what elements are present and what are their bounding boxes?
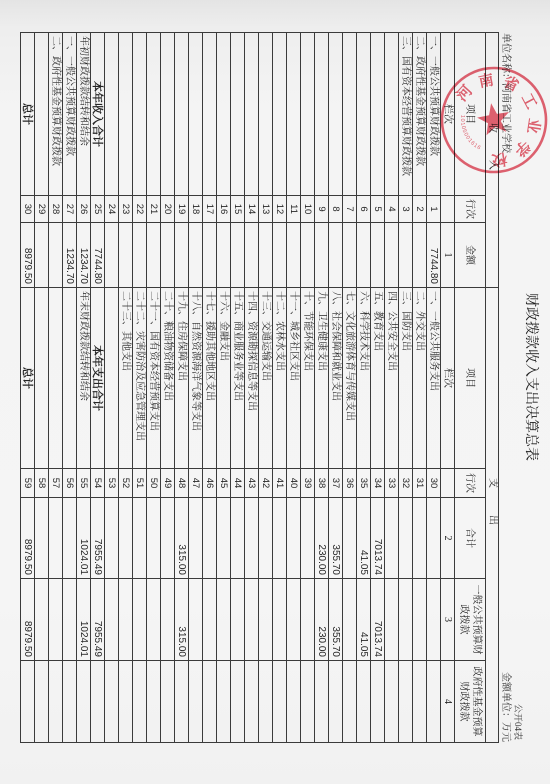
header-row-columns: 项目 行次 金额 项目 行次 合计 一般公共预算财政拨款 政府性基金预算财政拨款: [455, 33, 486, 743]
expense-item-cell: 二十、粮油物资储备支出: [161, 288, 175, 469]
expense-line-cell: 58: [35, 469, 49, 498]
expense-total-cell: [385, 498, 399, 579]
income-amount-cell: [245, 223, 259, 288]
income-line-cell: 29: [35, 196, 49, 223]
income-amount-cell: [105, 223, 119, 288]
expense-line-cell: 40: [287, 469, 301, 498]
expense-item-cell: 十四、资源勘探信息等支出: [245, 288, 259, 469]
expense-total-cell: [399, 498, 413, 579]
income-item-cell: [371, 33, 385, 196]
table-row: 16十六、金融支出45: [217, 33, 231, 743]
income-item-cell: [287, 33, 301, 196]
income-amount-cell: [371, 223, 385, 288]
column-index-label: 栏次: [441, 288, 455, 469]
expense-general-budget-cell: 8979.50: [21, 579, 35, 661]
expense-general-budget-cell: [49, 579, 63, 661]
expense-item-cell: 年末财政拨款结转和结余: [77, 288, 91, 469]
expense-line-cell: 37: [329, 469, 343, 498]
expense-line-cell: 49: [161, 469, 175, 498]
expense-total-cell: [49, 498, 63, 579]
income-line-cell: 15: [231, 196, 245, 223]
income-amount-cell: [161, 223, 175, 288]
table-row: 17十七、援助其他地区支出46: [203, 33, 217, 743]
column-index-general-budget: 3: [441, 579, 455, 661]
income-item-cell: [315, 33, 329, 196]
col-header-expense-line: 行次: [455, 469, 486, 498]
document-page: 财政拨款收入支出决算总表 公开04表 单位名称：河南省工业学校 金额单位：万元 …: [0, 0, 550, 784]
income-item-cell: [231, 33, 245, 196]
table-row: 一、一般公共预算财政拨款271234.7056: [63, 33, 77, 743]
expense-general-budget-cell: [189, 579, 203, 661]
expense-gov-fund-cell: [35, 661, 49, 743]
income-amount-cell: [315, 223, 329, 288]
expense-gov-fund-cell: [427, 661, 441, 743]
table-row: 13十三、交通运输支出42: [259, 33, 273, 743]
expense-line-cell: 48: [175, 469, 189, 498]
income-line-cell: 2: [413, 196, 427, 223]
income-amount-cell: [399, 223, 413, 288]
income-item-cell: [357, 33, 371, 196]
income-line-cell: 3: [399, 196, 413, 223]
col-header-general-budget: 一般公共预算财政拨款: [455, 579, 486, 661]
expense-section-header: 支出: [486, 288, 499, 743]
expense-gov-fund-cell: [399, 661, 413, 743]
income-amount-cell: [329, 223, 343, 288]
table-row: 12十二、农林水支出41: [273, 33, 287, 743]
income-line-cell: 1: [427, 196, 441, 223]
expense-general-budget-cell: 41.05: [357, 579, 371, 661]
income-amount-cell: [119, 223, 133, 288]
col-header-expense-total: 合计: [455, 498, 486, 579]
expense-total-cell: [273, 498, 287, 579]
income-line-cell: 20: [161, 196, 175, 223]
expense-general-budget-cell: [413, 579, 427, 661]
expense-line-cell: 31: [413, 469, 427, 498]
expense-item-cell: 二十二、灾害防治及应急管理支出: [133, 288, 147, 469]
expense-gov-fund-cell: [161, 661, 175, 743]
income-amount-cell: 7744.80: [427, 223, 441, 288]
expense-gov-fund-cell: [21, 661, 35, 743]
table-row: 19十九、住房保障支出48315.00315.00: [175, 33, 189, 743]
table-row: 9九、卫生健康支出38230.00230.00: [315, 33, 329, 743]
expense-line-cell: 59: [21, 469, 35, 498]
expense-line-cell: 33: [385, 469, 399, 498]
expense-gov-fund-cell: [315, 661, 329, 743]
expense-total-cell: [217, 498, 231, 579]
income-amount-cell: 7744.80: [91, 223, 105, 288]
income-line-cell: 18: [189, 196, 203, 223]
expense-total-cell: [343, 498, 357, 579]
income-line-cell: 6: [357, 196, 371, 223]
income-line-cell: 24: [105, 196, 119, 223]
income-amount-cell: [231, 223, 245, 288]
expense-general-budget-cell: [119, 579, 133, 661]
income-item-cell: [273, 33, 287, 196]
table-row: 22二十二、灾害防治及应急管理支出51: [133, 33, 147, 743]
column-index-blank: [441, 196, 455, 223]
expense-line-cell: 39: [301, 469, 315, 498]
expense-gov-fund-cell: [133, 661, 147, 743]
seal-char: 学: [510, 137, 533, 160]
expense-general-budget-cell: [133, 579, 147, 661]
table-row: 一、一般公共预算财政拨款17744.80一、一般公共服务支出30: [427, 33, 441, 743]
table-body: 一、一般公共预算财政拨款17744.80一、一般公共服务支出30二、政府性基金预…: [21, 33, 441, 743]
income-line-cell: 22: [133, 196, 147, 223]
expense-gov-fund-cell: [203, 661, 217, 743]
income-item-cell: [245, 33, 259, 196]
expense-total-cell: [161, 498, 175, 579]
expense-item-cell: 七、文化旅游体育与传媒支出: [343, 288, 357, 469]
table-row: 总计308979.50总计598979.508979.50: [21, 33, 35, 743]
expense-gov-fund-cell: [343, 661, 357, 743]
column-index-gov-fund: 4: [441, 661, 455, 743]
expense-total-cell: [105, 498, 119, 579]
table-row: 20二十、粮油物资储备支出49: [161, 33, 175, 743]
header-row-sections: 收入 支出: [486, 33, 499, 743]
expense-line-cell: 56: [63, 469, 77, 498]
expense-gov-fund-cell: [357, 661, 371, 743]
expense-gov-fund-cell: [119, 661, 133, 743]
income-item-cell: 三、国有资本经营预算财政拨款: [399, 33, 413, 196]
table-row: 7七、文化旅游体育与传媒支出36: [343, 33, 357, 743]
expense-item-cell: 五、教育支出: [371, 288, 385, 469]
income-item-cell: [301, 33, 315, 196]
expense-general-budget-cell: 7955.49: [91, 579, 105, 661]
table-row: 年初财政拨款结转和结余261234.70年末财政拨款结转和结余551024.01…: [77, 33, 91, 743]
income-item-cell: [329, 33, 343, 196]
expense-line-cell: 30: [427, 469, 441, 498]
col-header-gov-fund: 政府性基金预算财政拨款: [455, 661, 486, 743]
expense-item-cell: 二十一、国有资本经营预算支出: [147, 288, 161, 469]
expense-general-budget-cell: [273, 579, 287, 661]
table-row: 二、政府性基金预算财政拨款2二、外交支出31: [413, 33, 427, 743]
table-row: 18十八、自然资源海洋气象等支出47: [189, 33, 203, 743]
expense-total-cell: 355.70: [329, 498, 343, 579]
unit-name: 单位名称：河南省工业学校: [499, 33, 511, 153]
expense-item-cell: 三、国防支出: [399, 288, 413, 469]
expense-gov-fund-cell: [287, 661, 301, 743]
document-title: 财政拨款收入支出决算总表: [522, 277, 539, 477]
col-header-income-item: 项目: [455, 33, 486, 196]
income-amount-cell: [133, 223, 147, 288]
expense-general-budget-cell: [35, 579, 49, 661]
income-line-cell: 19: [175, 196, 189, 223]
table-row: 5五、教育支出347013.747013.74: [371, 33, 385, 743]
expense-line-cell: 55: [77, 469, 91, 498]
expense-item-cell: 九、卫生健康支出: [315, 288, 329, 469]
header-row-column-index: 栏次 1 栏次 2 3 4: [441, 33, 455, 743]
table-row: 21二十一、国有资本经营预算支出50: [147, 33, 161, 743]
expense-total-cell: [147, 498, 161, 579]
income-item-cell: 一、一般公共预算财政拨款: [63, 33, 77, 196]
income-line-cell: 21: [147, 196, 161, 223]
table-row: 4四、公共安全支出33: [385, 33, 399, 743]
table-row: 11十一、城乡社区支出40: [287, 33, 301, 743]
income-line-cell: 4: [385, 196, 399, 223]
amount-unit: 金额单位：万元: [499, 672, 511, 742]
expense-item-cell: 本年支出合计: [91, 288, 105, 469]
income-item-cell: [35, 33, 49, 196]
col-header-income-amount: 金额: [455, 223, 486, 288]
income-amount-cell: 8979.50: [21, 223, 35, 288]
col-header-income-line: 行次: [455, 196, 486, 223]
income-item-cell: [203, 33, 217, 196]
expense-item-cell: 十八、自然资源海洋气象等支出: [189, 288, 203, 469]
expense-item-cell: 总计: [21, 288, 35, 469]
expense-general-budget-cell: [259, 579, 273, 661]
table-row: 本年收入合计257744.80本年支出合计547955.497955.49: [91, 33, 105, 743]
expense-total-cell: 230.00: [315, 498, 329, 579]
income-line-cell: 28: [49, 196, 63, 223]
form-code: 公开04表: [512, 704, 523, 740]
expense-item-cell: 八、社会保障和就业支出: [329, 288, 343, 469]
expense-total-cell: [231, 498, 245, 579]
expense-general-budget-cell: [231, 579, 245, 661]
expense-total-cell: [119, 498, 133, 579]
income-amount-cell: [175, 223, 189, 288]
expense-total-cell: [287, 498, 301, 579]
income-amount-cell: [357, 223, 371, 288]
income-line-cell: 25: [91, 196, 105, 223]
table-row: 23二十三、其他支出52: [119, 33, 133, 743]
expense-item-cell: 二、外交支出: [413, 288, 427, 469]
expense-item-cell: 一、一般公共服务支出: [427, 288, 441, 469]
expense-general-budget-cell: [427, 579, 441, 661]
expense-total-cell: 7013.74: [371, 498, 385, 579]
expense-total-cell: 315.00: [175, 498, 189, 579]
expense-total-cell: [259, 498, 273, 579]
expense-gov-fund-cell: [245, 661, 259, 743]
table-row: 14十四、资源勘探信息等支出43: [245, 33, 259, 743]
expense-gov-fund-cell: [189, 661, 203, 743]
expense-line-cell: 50: [147, 469, 161, 498]
expense-general-budget-cell: 1024.01: [77, 579, 91, 661]
expense-general-budget-cell: [301, 579, 315, 661]
income-amount-cell: [203, 223, 217, 288]
expense-line-cell: 52: [119, 469, 133, 498]
income-line-cell: 5: [371, 196, 385, 223]
seal-char: 业: [524, 117, 543, 134]
expense-line-cell: 57: [49, 469, 63, 498]
expense-gov-fund-cell: [413, 661, 427, 743]
income-item-cell: [119, 33, 133, 196]
expense-line-cell: 36: [343, 469, 357, 498]
expense-general-budget-cell: [343, 579, 357, 661]
income-amount-cell: 1234.70: [63, 223, 77, 288]
income-amount-cell: [217, 223, 231, 288]
table-row: 15十五、商业服务业等支出44: [231, 33, 245, 743]
col-header-expense-item: 项目: [455, 288, 486, 469]
expense-line-cell: 47: [189, 469, 203, 498]
income-line-cell: 8: [329, 196, 343, 223]
column-index-income-amount: 1: [441, 223, 455, 288]
scanned-document: 财政拨款收入支出决算总表 公开04表 单位名称：河南省工业学校 金额单位：万元 …: [0, 0, 550, 784]
expense-total-cell: [203, 498, 217, 579]
income-item-cell: [161, 33, 175, 196]
expense-general-budget-cell: [385, 579, 399, 661]
table-row: 6六、科学技术支出3541.0541.05: [357, 33, 371, 743]
expense-gov-fund-cell: [147, 661, 161, 743]
income-item-cell: [133, 33, 147, 196]
income-line-cell: 27: [63, 196, 77, 223]
expense-line-cell: 34: [371, 469, 385, 498]
income-item-cell: 总计: [21, 33, 35, 196]
expense-item-cell: 十五、商业服务业等支出: [231, 288, 245, 469]
income-line-cell: 11: [287, 196, 301, 223]
expense-line-cell: 53: [105, 469, 119, 498]
income-item-cell: [385, 33, 399, 196]
table-row: 三、国有资本经营预算财政拨款3三、国防支出32: [399, 33, 413, 743]
income-amount-cell: [35, 223, 49, 288]
expense-total-cell: 8979.50: [21, 498, 35, 579]
income-amount-cell: [301, 223, 315, 288]
income-item-cell: [189, 33, 203, 196]
expense-item-cell: [49, 288, 63, 469]
income-item-cell: [259, 33, 273, 196]
expense-line-cell: 54: [91, 469, 105, 498]
expense-general-budget-cell: 315.00: [175, 579, 189, 661]
expense-gov-fund-cell: [77, 661, 91, 743]
expense-total-cell: [427, 498, 441, 579]
expense-general-budget-cell: [203, 579, 217, 661]
expense-gov-fund-cell: [175, 661, 189, 743]
income-line-cell: 17: [203, 196, 217, 223]
income-line-cell: 9: [315, 196, 329, 223]
income-line-cell: 7: [343, 196, 357, 223]
expense-total-cell: [413, 498, 427, 579]
expense-item-cell: 十九、住房保障支出: [175, 288, 189, 469]
expense-item-cell: 十七、援助其他地区支出: [203, 288, 217, 469]
expense-general-budget-cell: [245, 579, 259, 661]
expense-item-cell: 四、公共安全支出: [385, 288, 399, 469]
income-amount-cell: 1234.70: [77, 223, 91, 288]
expense-gov-fund-cell: [49, 661, 63, 743]
expense-general-budget-cell: 355.70: [329, 579, 343, 661]
seal-char: 工: [518, 91, 539, 112]
income-item-cell: 一、一般公共预算财政拨款: [427, 33, 441, 196]
income-amount-cell: [49, 223, 63, 288]
expense-item-cell: 十六、金融支出: [217, 288, 231, 469]
income-amount-cell: [147, 223, 161, 288]
expense-general-budget-cell: [399, 579, 413, 661]
expense-gov-fund-cell: [273, 661, 287, 743]
income-section-header: 收入: [486, 33, 499, 288]
income-line-cell: 12: [273, 196, 287, 223]
expense-total-cell: 41.05: [357, 498, 371, 579]
expense-general-budget-cell: [217, 579, 231, 661]
column-index-expense-total: 2: [441, 498, 455, 579]
expense-gov-fund-cell: [259, 661, 273, 743]
expense-line-cell: 46: [203, 469, 217, 498]
expense-gov-fund-cell: [385, 661, 399, 743]
expense-item-cell: 十、节能环保支出: [301, 288, 315, 469]
expense-gov-fund-cell: [301, 661, 315, 743]
income-amount-cell: [343, 223, 357, 288]
income-line-cell: 13: [259, 196, 273, 223]
expense-gov-fund-cell: [105, 661, 119, 743]
expense-item-cell: 十二、农林水支出: [273, 288, 287, 469]
income-line-cell: 16: [217, 196, 231, 223]
income-amount-cell: [413, 223, 427, 288]
expense-line-cell: 51: [133, 469, 147, 498]
table-row: 二、政府性基金预算财政拨款2857: [49, 33, 63, 743]
expense-total-cell: [63, 498, 77, 579]
column-index-label: 栏次: [441, 33, 455, 196]
expense-line-cell: 45: [217, 469, 231, 498]
expense-gov-fund-cell: [329, 661, 343, 743]
expense-item-cell: 六、科学技术支出: [357, 288, 371, 469]
income-item-cell: 二、政府性基金预算财政拨款: [413, 33, 427, 196]
expense-general-budget-cell: [147, 579, 161, 661]
expense-general-budget-cell: [287, 579, 301, 661]
income-line-cell: 23: [119, 196, 133, 223]
expense-general-budget-cell: [105, 579, 119, 661]
expense-general-budget-cell: 230.00: [315, 579, 329, 661]
expense-total-cell: [245, 498, 259, 579]
expense-gov-fund-cell: [217, 661, 231, 743]
income-item-cell: [105, 33, 119, 196]
expense-total-cell: [301, 498, 315, 579]
expense-general-budget-cell: [63, 579, 77, 661]
income-line-cell: 14: [245, 196, 259, 223]
income-amount-cell: [273, 223, 287, 288]
expense-gov-fund-cell: [91, 661, 105, 743]
expense-total-cell: [189, 498, 203, 579]
expense-item-cell: 十三、交通运输支出: [259, 288, 273, 469]
table-row: 8八、社会保障和就业支出37355.70355.70: [329, 33, 343, 743]
expense-total-cell: 1024.01: [77, 498, 91, 579]
income-amount-cell: [259, 223, 273, 288]
expense-item-cell: [35, 288, 49, 469]
income-amount-cell: [287, 223, 301, 288]
income-item-cell: [343, 33, 357, 196]
expense-total-cell: 7955.49: [91, 498, 105, 579]
expense-line-cell: 44: [231, 469, 245, 498]
table-row: 2453: [105, 33, 119, 743]
income-item-cell: 本年收入合计: [91, 33, 105, 196]
expense-gov-fund-cell: [63, 661, 77, 743]
income-item-cell: [175, 33, 189, 196]
income-line-cell: 26: [77, 196, 91, 223]
budget-summary-table: 收入 支出 项目 行次 金额 项目 行次 合计 一般公共预算财政拨款 政府性基金…: [20, 32, 499, 743]
expense-gov-fund-cell: [231, 661, 245, 743]
income-amount-cell: [385, 223, 399, 288]
expense-line-cell: 38: [315, 469, 329, 498]
expense-gov-fund-cell: [371, 661, 385, 743]
table-row: 2958: [35, 33, 49, 743]
table-row: 10十、节能环保支出39: [301, 33, 315, 743]
expense-line-cell: 35: [357, 469, 371, 498]
income-line-cell: 10: [301, 196, 315, 223]
income-item-cell: [217, 33, 231, 196]
income-item-cell: 年初财政拨款结转和结余: [77, 33, 91, 196]
expense-line-cell: 43: [245, 469, 259, 498]
column-index-blank: [441, 469, 455, 498]
expense-line-cell: 32: [399, 469, 413, 498]
expense-general-budget-cell: [161, 579, 175, 661]
expense-line-cell: 41: [273, 469, 287, 498]
expense-line-cell: 42: [259, 469, 273, 498]
expense-general-budget-cell: 7013.74: [371, 579, 385, 661]
expense-item-cell: 十一、城乡社区支出: [287, 288, 301, 469]
expense-item-cell: [63, 288, 77, 469]
expense-item-cell: [105, 288, 119, 469]
expense-total-cell: [133, 498, 147, 579]
income-amount-cell: [189, 223, 203, 288]
income-item-cell: [147, 33, 161, 196]
expense-total-cell: [35, 498, 49, 579]
expense-item-cell: 二十三、其他支出: [119, 288, 133, 469]
